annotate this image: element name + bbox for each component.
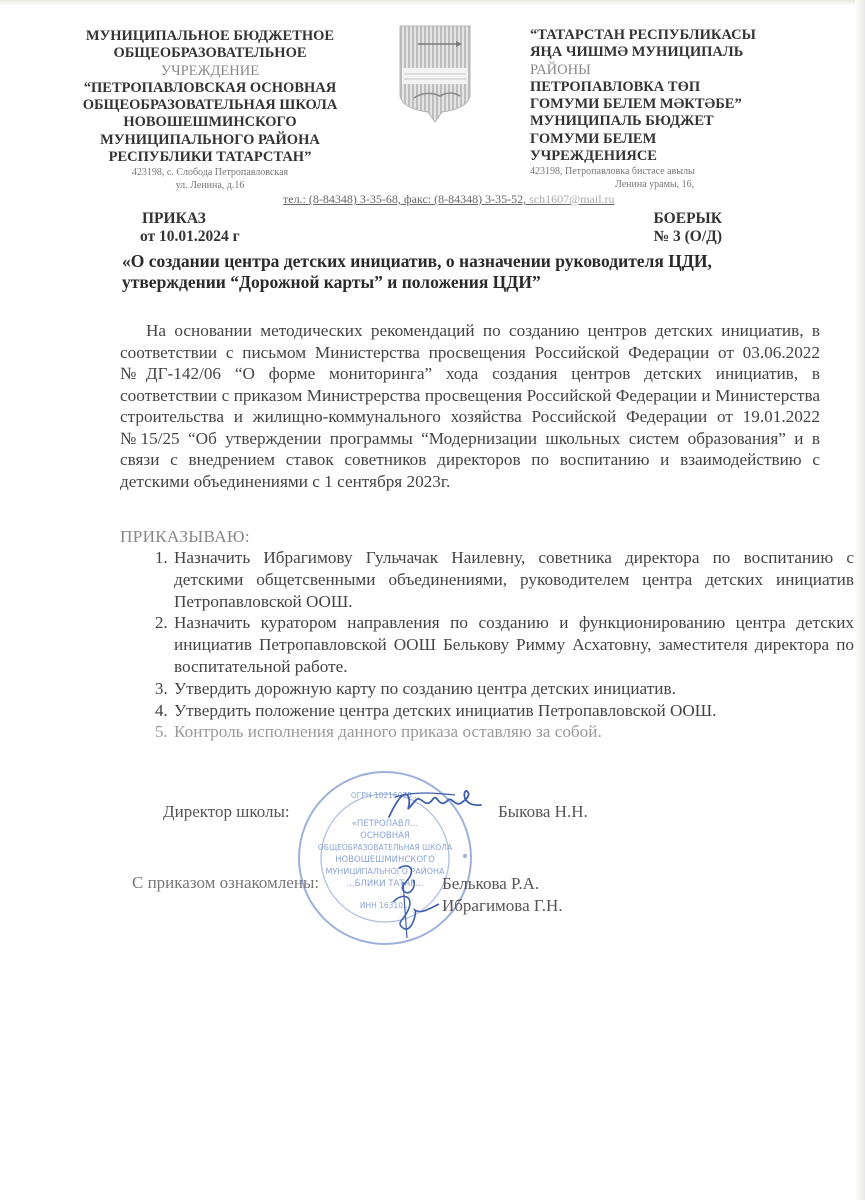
header-right-line: МУНИЦИПАЛЬ БЮДЖЕТ	[530, 113, 830, 130]
header-right-address: Ленина урамы, 16,	[530, 178, 830, 191]
header-left-line: МУНИЦИПАЛЬНОЕ БЮДЖЕТНОЕ	[40, 28, 380, 45]
order-header-ru: ПРИКАЗ от 10.01.2024 г	[140, 210, 240, 246]
order-date: от 10.01.2024 г	[140, 228, 240, 246]
scan-edge-top	[0, 0, 865, 6]
acknowledged-label: С приказом ознакомлены:	[132, 873, 319, 893]
order-header-tt: БОЕРЫК № 3 (О/Д)	[622, 210, 722, 246]
header-left-line: МУНИЦИПАЛЬНОГО РАЙОНА	[40, 132, 380, 149]
order-item: Назначить куратором направления по созда…	[172, 612, 854, 677]
order-label-tt: БОЕРЫК	[622, 210, 722, 228]
contact-phones: тел.: (8-84348) 3-35-68, факс: (8-84348)…	[283, 192, 529, 206]
order-number: № 3 (О/Д)	[622, 228, 722, 246]
header-left-address: 423198, с. Слобода Петропавловская	[40, 166, 380, 179]
svg-text:ОСНОВНАЯ: ОСНОВНАЯ	[360, 831, 410, 841]
director-name: Быкова Н.Н.	[498, 802, 588, 822]
order-item: Контроль исполнения данного приказа оста…	[172, 721, 854, 743]
ack-signature-icon	[383, 862, 443, 940]
contact-email-link[interactable]: sch1607@mail.ru	[529, 192, 614, 206]
acknowledged-names: Белькова Р.А. Ибрагимова Г.Н.	[442, 873, 563, 917]
header-right-line: ГОМУМИ БЕЛЕМ МӘКТӘБЕ”	[530, 96, 830, 113]
order-item: Утвердить положение центра детских иници…	[172, 700, 854, 722]
header-right-tt: “ТАТАРСТАН РЕСПУБЛИКАСЫ ЯҢА ЧИШМӘ МУНИЦИ…	[530, 27, 830, 191]
acknowledged-name: Белькова Р.А.	[442, 873, 563, 895]
contacts-line: тел.: (8-84348) 3-35-68, факс: (8-84348)…	[283, 192, 615, 207]
header-right-line: “ТАТАРСТАН РЕСПУБЛИКАСЫ	[530, 27, 830, 44]
header-right-line: УЧРЕЖДЕНИЯСЕ	[530, 148, 830, 165]
header-left-address: ул. Ленина, д.16	[40, 179, 380, 192]
svg-text:ОБЩЕОБРАЗОВАТЕЛЬНАЯ ШКОЛА: ОБЩЕОБРАЗОВАТЕЛЬНАЯ ШКОЛА	[318, 843, 453, 852]
header-right-line: РАЙОНЫ	[530, 62, 830, 79]
director-label: Директор школы:	[163, 802, 290, 822]
order-item: Утвердить дорожную карту по созданию цен…	[172, 678, 854, 700]
order-item: Назначить Ибрагимову Гульчачак Наилевну,…	[172, 547, 854, 612]
coat-of-arms-icon	[396, 24, 474, 124]
director-signature-icon	[385, 785, 485, 825]
directive-heading: ПРИКАЗЫВАЮ:	[120, 526, 250, 547]
header-left-line: УЧРЕЖДЕНИЕ	[40, 63, 380, 80]
document-title: «О создании центра детских инициатив, о …	[122, 251, 762, 293]
order-label-ru: ПРИКАЗ	[140, 210, 240, 228]
header-left-line: ОБЩЕОБРАЗОВАТЕЛЬНОЕ	[40, 45, 380, 62]
header-right-line: ГОМУМИ БЕЛЕМ	[530, 131, 830, 148]
header-left-line: НОВОШЕШМИНСКОГО	[40, 114, 380, 131]
header-right-line: ЯҢА ЧИШМӘ МУНИЦИПАЛЬ	[530, 44, 830, 61]
header-left-line: ОБЩЕОБРАЗОВАТЕЛЬНАЯ ШКОЛА	[40, 97, 380, 114]
header-left-line: “ПЕТРОПАВЛОВСКАЯ ОСНОВНАЯ	[40, 80, 380, 97]
header-right-line: ПЕТРОПАВЛОВКА ТӨП	[530, 79, 830, 96]
header-left-line: РЕСПУБЛИКИ ТАТАРСТАН”	[40, 149, 380, 166]
scan-edge-right	[855, 0, 865, 1200]
preamble-paragraph: На основании методических рекомендаций п…	[120, 320, 820, 492]
header-right-address: 423198, Петропавловка бистәсе авылы	[530, 165, 830, 178]
order-items-list: Назначить Ибрагимову Гульчачак Наилевну,…	[140, 547, 854, 743]
acknowledged-name: Ибрагимова Г.Н.	[442, 895, 563, 917]
document-body: На основании методических рекомендаций п…	[120, 320, 820, 492]
header-left-ru: МУНИЦИПАЛЬНОЕ БЮДЖЕТНОЕ ОБЩЕОБРАЗОВАТЕЛЬ…	[40, 28, 380, 192]
